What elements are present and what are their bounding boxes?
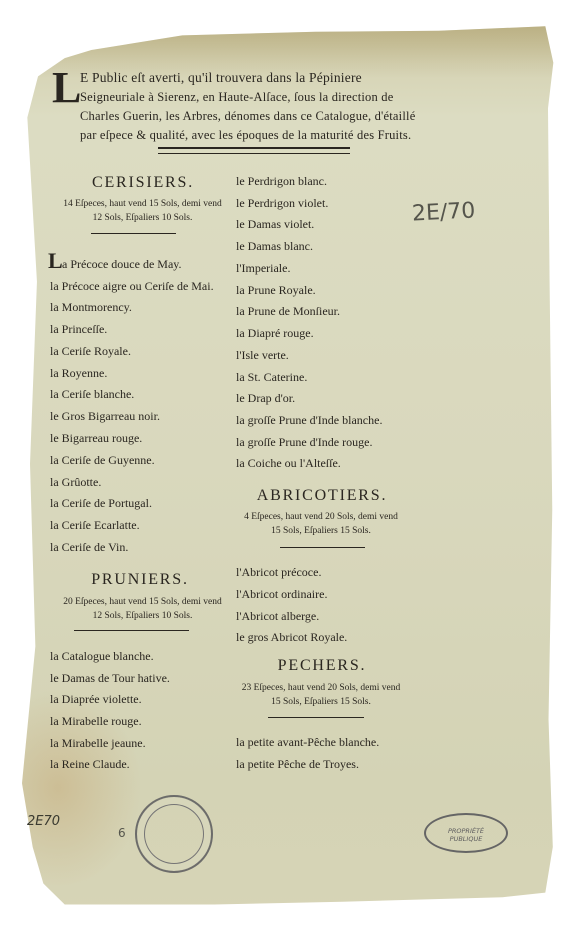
intro-dropcap: L: [52, 66, 81, 110]
list-item: l'Abricot ordinaire.: [236, 587, 327, 602]
list-item: le Damas blanc.: [236, 239, 313, 254]
list-item: le Gros Bigarreau noir.: [50, 409, 160, 424]
pechers-terms-line-1: 23 Eſpeces, haut vend 20 Sols, demi vend: [226, 681, 416, 695]
list-item: la Ceriſe blanche.: [50, 387, 134, 402]
header-double-rule: [158, 147, 350, 154]
cerisiers-dropcap: L: [48, 250, 63, 272]
list-item: la Ceriſe de Portugal.: [50, 496, 152, 511]
list-item: la groſſe Prune d'Inde blanche.: [236, 413, 382, 428]
cerisiers-rule: [91, 233, 176, 234]
list-item: le Damas violet.: [236, 217, 314, 232]
pruniers-rule: [74, 630, 189, 631]
list-item: la Montmorency.: [50, 300, 132, 315]
stamp-text-line: PROPRIÉTÉ: [426, 827, 506, 835]
list-item: la Prune de Monſieur.: [236, 304, 340, 319]
page-number: 6: [118, 826, 126, 840]
list-item: la Prune Royale.: [236, 283, 316, 298]
list-item: la Reine Claude.: [50, 757, 130, 772]
list-item: la Princeſſe.: [50, 322, 107, 337]
list-item: le Drap d'or.: [236, 391, 295, 406]
list-item: le Perdrigon violet.: [236, 196, 328, 211]
archives-oval-stamp: PROPRIÉTÉ PUBLIQUE: [424, 813, 508, 853]
list-item: la petite avant-Pêche blanche.: [236, 735, 379, 750]
list-item: a Précoce douce de May.: [62, 257, 182, 272]
pruniers-terms: 20 Eſpeces, haut vend 15 Sols, demi vend…: [40, 595, 245, 623]
list-item: l'Abricot alberge.: [236, 609, 319, 624]
pechers-terms-line-2: 15 Sols, Eſpaliers 15 Sols.: [226, 695, 416, 709]
list-item: la Grûotte.: [50, 475, 101, 490]
abricotiers-rule: [280, 547, 365, 548]
list-item: le Damas de Tour hative.: [50, 671, 170, 686]
cerisiers-title: CERISIERS.: [48, 174, 238, 192]
pechers-rule: [268, 717, 364, 718]
round-seal-stamp: [135, 795, 213, 873]
intro-line-3: Charles Guerin, les Arbres, dénomes dans…: [80, 107, 415, 127]
intro-line-4: par eſpece & qualité, avec les époques d…: [80, 126, 411, 146]
abricotiers-terms-line-2: 15 Sols, Eſpaliers 15 Sols.: [226, 524, 416, 538]
cerisiers-terms-line-2: 12 Sols, Eſpaliers 10 Sols.: [40, 211, 245, 225]
list-item: la Mirabelle jeaune.: [50, 736, 146, 751]
list-item: la Ceriſe de Guyenne.: [50, 453, 155, 468]
pruniers-title: PRUNIERS.: [45, 571, 235, 589]
cerisiers-terms-line-1: 14 Eſpeces, haut vend 15 Sols, demi vend: [40, 197, 245, 211]
list-item: la Catalogue blanche.: [50, 649, 154, 664]
list-item: la Diapré rouge.: [236, 326, 314, 341]
list-item: la Ceriſe de Vin.: [50, 540, 128, 555]
cerisiers-terms: 14 Eſpeces, haut vend 15 Sols, demi vend…: [40, 197, 245, 225]
list-item: la groſſe Prune d'Inde rouge.: [236, 435, 372, 450]
intro-line-2: Seigneuriale à Sierenz, en Haute-Alſace,…: [80, 88, 393, 108]
abricotiers-terms: 4 Eſpeces, haut vend 20 Sols, demi vend …: [226, 510, 416, 538]
list-item: la Diaprée violette.: [50, 692, 142, 707]
list-item: l'Abricot précoce.: [236, 565, 321, 580]
pechers-terms: 23 Eſpeces, haut vend 20 Sols, demi vend…: [226, 681, 416, 709]
list-item: la Coiche ou l'Alteſſe.: [236, 456, 341, 471]
list-item: la Ceriſe Royale.: [50, 344, 131, 359]
list-item: la Ceriſe Ecarlatte.: [50, 518, 140, 533]
list-item: le gros Abricot Royale.: [236, 630, 347, 645]
catalog-number-bottom: 2E70: [27, 814, 60, 829]
list-item: le Bigarreau rouge.: [50, 431, 142, 446]
list-item: la Royenne.: [50, 366, 107, 381]
pruniers-terms-line-1: 20 Eſpeces, haut vend 15 Sols, demi vend: [40, 595, 245, 609]
list-item: l'Isle verte.: [236, 348, 289, 363]
intro-line-1: E Public eſt averti, qu'il trouvera dans…: [80, 68, 362, 88]
list-item: la Précoce aigre ou Ceriſe de Mai.: [50, 279, 214, 294]
pechers-title: PECHERS.: [232, 657, 412, 675]
catalog-number-top: 2E/70: [411, 198, 476, 226]
list-item: la Mirabelle rouge.: [50, 714, 142, 729]
list-item: le Perdrigon blanc.: [236, 174, 327, 189]
list-item: l'Imperiale.: [236, 261, 290, 276]
abricotiers-terms-line-1: 4 Eſpeces, haut vend 20 Sols, demi vend: [226, 510, 416, 524]
pruniers-terms-line-2: 12 Sols, Eſpaliers 10 Sols.: [40, 609, 245, 623]
list-item: la petite Pêche de Troyes.: [236, 757, 359, 772]
stamp-text-line: PUBLIQUE: [426, 835, 506, 843]
abricotiers-title: ABRICOTIERS.: [232, 487, 412, 505]
list-item: la St. Caterine.: [236, 370, 307, 385]
